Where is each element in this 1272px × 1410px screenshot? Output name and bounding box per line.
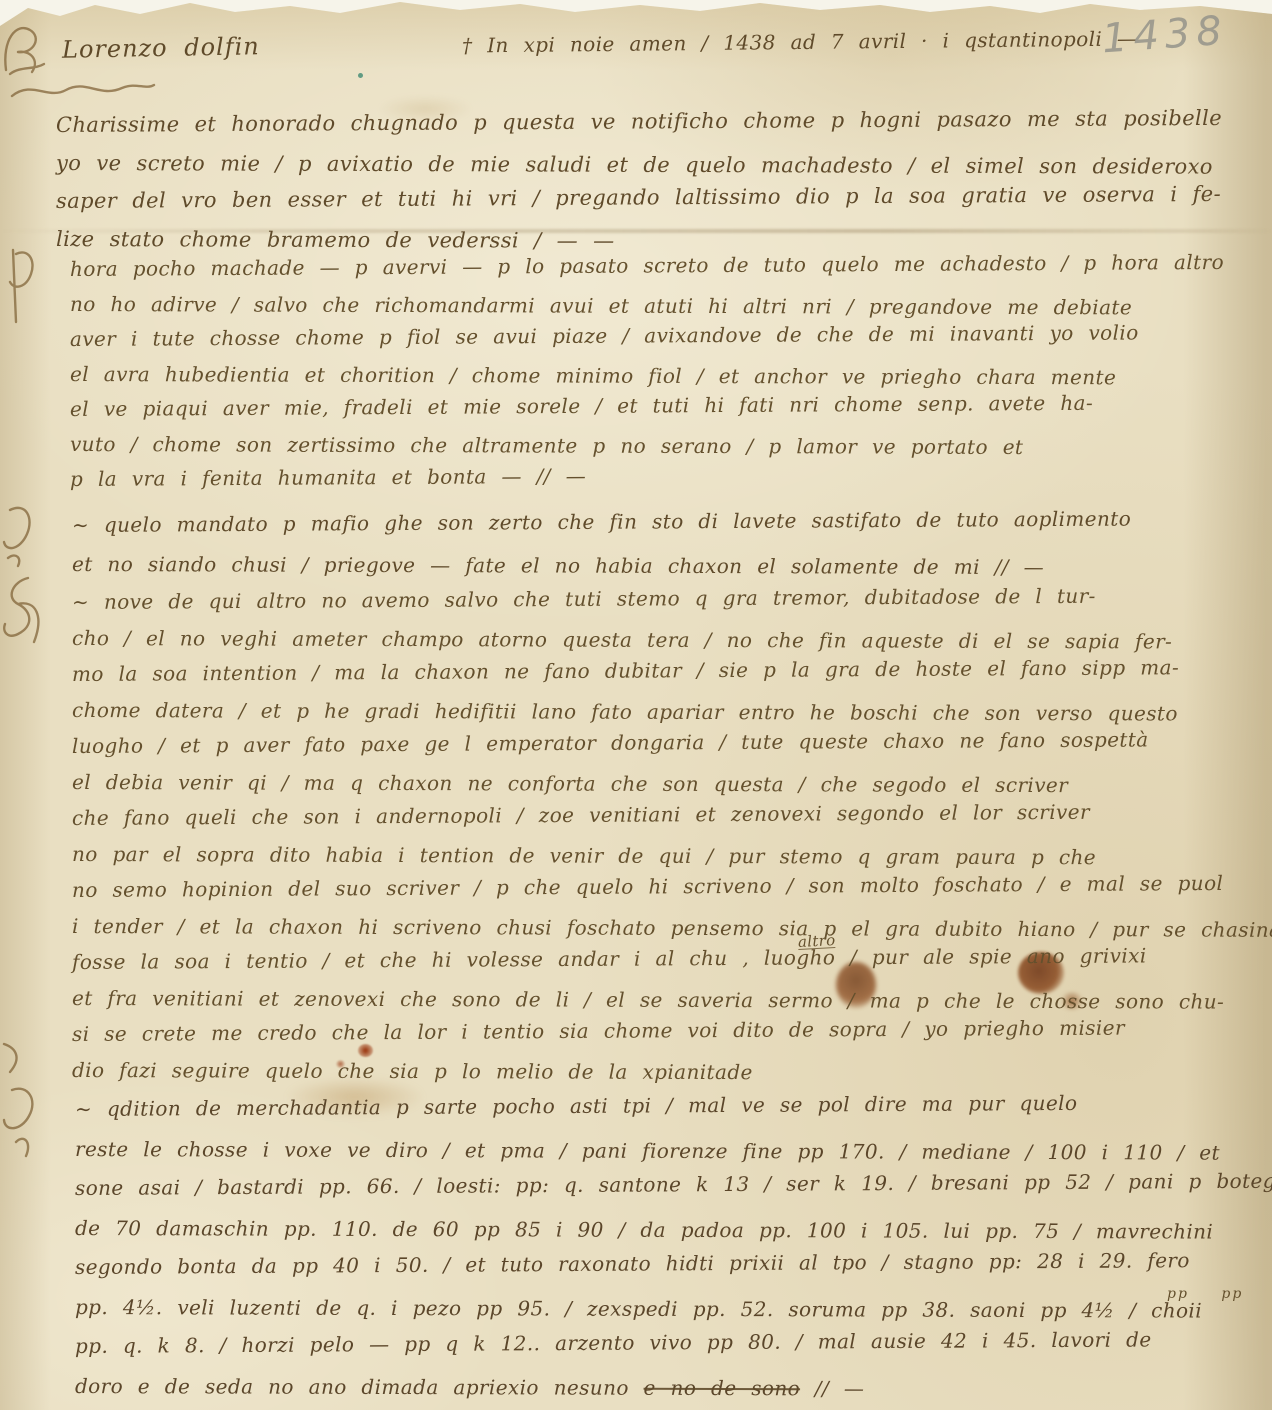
green-speck [358,73,363,78]
manuscript-line: doro e de seda no ano dimada apriexio ne… [75,1367,1272,1410]
manuscript-line: p la vra i fenita humanita et bonta — //… [70,455,1224,497]
manuscript-line: no semo hopinion del suo scriver / p che… [72,865,1272,908]
price-unit-superscript: pp pp [1167,1288,1243,1301]
manuscript-line: pp. q. k 8. / horzi pelo — pp q k 12.. a… [75,1320,1272,1367]
paraph-p5-icon [4,1089,32,1156]
flourish-underline-icon [12,85,154,96]
invocation-dateline: † In xpi noie amen / 1438 ad 7 avril · i… [462,26,1138,57]
last-line-pre: doro e de seda no ano dimada apriexio ne… [75,1374,644,1400]
paraph-address-icon [5,28,44,74]
manuscript-line: ~ qdition de merchadantia p sarte pocho … [75,1083,1272,1130]
manuscript-line: si se crete me credo che la lor i tentio… [72,1009,1272,1052]
paraph-p2-icon [10,250,33,322]
manuscript-line: el ve piaqui aver mie, fradeli et mie so… [70,385,1224,427]
manuscript-line: ~ nove de qui altro no avemo salvo che t… [72,577,1272,620]
manuscript-line: saper del vro ben esser et tuti hi vri /… [56,175,1222,220]
struck-text: e no de sono [644,1375,801,1399]
flourish-curl-icon [4,1044,17,1072]
manuscript-line: Charissime et honorado chugnado p questa… [56,99,1222,144]
paragraph-family: hora pocho machade — p avervi — p lo pas… [70,252,1224,497]
manuscript-line: hora pocho machade — p avervi — p lo pas… [70,245,1224,287]
pencil-year-note: 1438 [1101,8,1230,63]
paragraph-mandate: ~ quelo mandato p mafio ghe son zerto ch… [72,506,1131,584]
paraph-p4-icon [4,578,38,642]
paragraph-news-turks: ~ nove de qui altro no avemo salvo che t… [72,584,1272,1088]
manuscript-line: aver i tute chosse chome p fiol se avui … [70,315,1224,357]
manuscript-line: sone asai / bastardi pp. 66. / loesti: p… [75,1162,1272,1209]
paragraph-greeting: Charissime et honorado chugnado p questa… [56,106,1222,258]
manuscript-page: Lorenzo dolfin † In xpi noie amen / 1438… [0,0,1272,1410]
inserted-word: altro [798,933,836,950]
paraph-p3-icon [4,508,30,566]
manuscript-line: che fano queli che son i andernopoli / z… [72,793,1272,836]
address-line: Lorenzo dolfin [62,32,260,63]
paragraph-prices: ~ qdition de merchadantia p sarte pocho … [75,1090,1272,1406]
manuscript-line: segondo bonta da pp 40 i 50. / et tuto r… [75,1241,1272,1288]
manuscript-line: ~ quelo mandato p mafio ghe son zerto ch… [72,500,1131,545]
last-line-post: // — [800,1376,864,1400]
manuscript-line: luogho / et p aver fato paxe ge l empera… [72,721,1272,764]
manuscript-line: mo la soa intention / ma la chaxon ne fa… [72,649,1272,692]
manuscript-line: fosse la soa i tentio / et che hi voless… [72,937,1272,980]
